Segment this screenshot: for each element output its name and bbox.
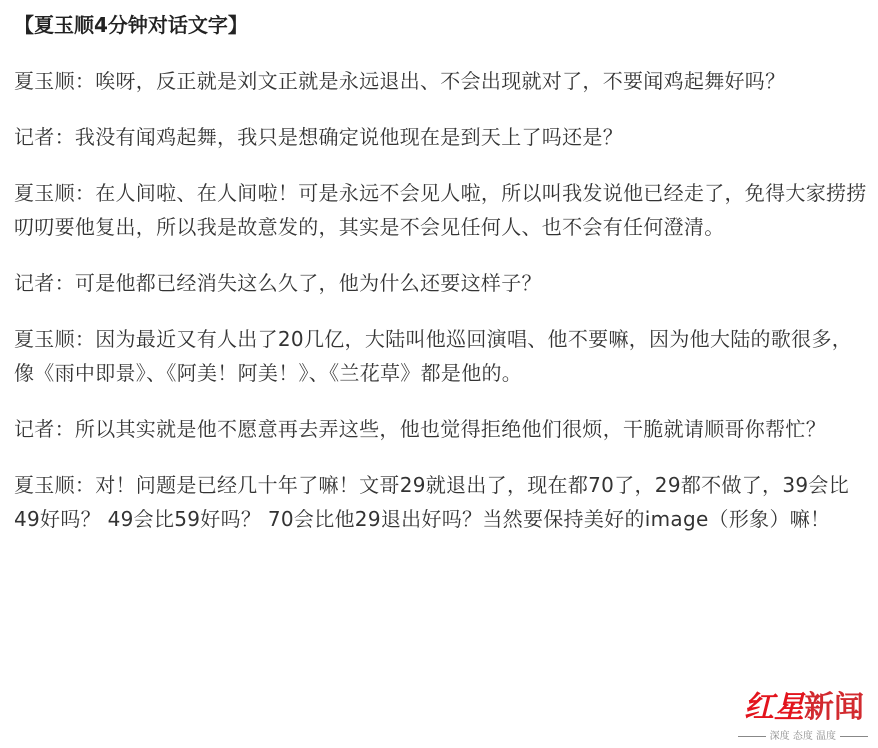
dialogue-paragraph: 记者：我没有闻鸡起舞，我只是想确定说他现在是到天上了吗还是？ — [14, 120, 870, 154]
watermark-logo: 红星新闻 — [744, 682, 864, 726]
dialogue-paragraph: 夏玉顺：在人间啦、在人间啦！可是永远不会见人啦，所以叫我发说他已经走了，免得大家… — [14, 176, 870, 244]
dialogue-paragraph: 夏玉顺：对！问题是已经几十年了嘛！文哥29就退出了，现在都70了，29都不做了，… — [14, 468, 870, 536]
divider — [738, 736, 766, 737]
article-title: 【夏玉顺4分钟对话文字】 — [14, 10, 870, 40]
dialogue-paragraph: 夏玉顺：唉呀，反正就是刘文正就是永远退出、不会出现就对了，不要闻鸡起舞好吗？ — [14, 64, 870, 98]
watermark-tagline: 深度 态度 温度 — [770, 731, 836, 742]
watermark-brand-part1: 红星 — [744, 690, 804, 725]
red-star-news-watermark: 红星新闻 深度 态度 温度 — [722, 682, 872, 742]
dialogue-paragraph: 记者：所以其实就是他不愿意再去弄这些，他也觉得拒绝他们很烦，干脆就请顺哥你帮忙？ — [14, 412, 870, 446]
divider — [840, 736, 868, 737]
article-body: 【夏玉顺4分钟对话文字】 夏玉顺：唉呀，反正就是刘文正就是永远退出、不会出现就对… — [14, 0, 870, 558]
watermark-tagline-row: 深度 态度 温度 — [734, 727, 872, 742]
watermark-brand-part2: 新闻 — [804, 690, 864, 725]
dialogue-paragraph: 夏玉顺：因为最近又有人出了20几亿，大陆叫他巡回演唱、他不要嘛，因为他大陆的歌很… — [14, 322, 870, 390]
dialogue-paragraph: 记者：可是他都已经消失这么久了，他为什么还要这样子？ — [14, 266, 870, 300]
